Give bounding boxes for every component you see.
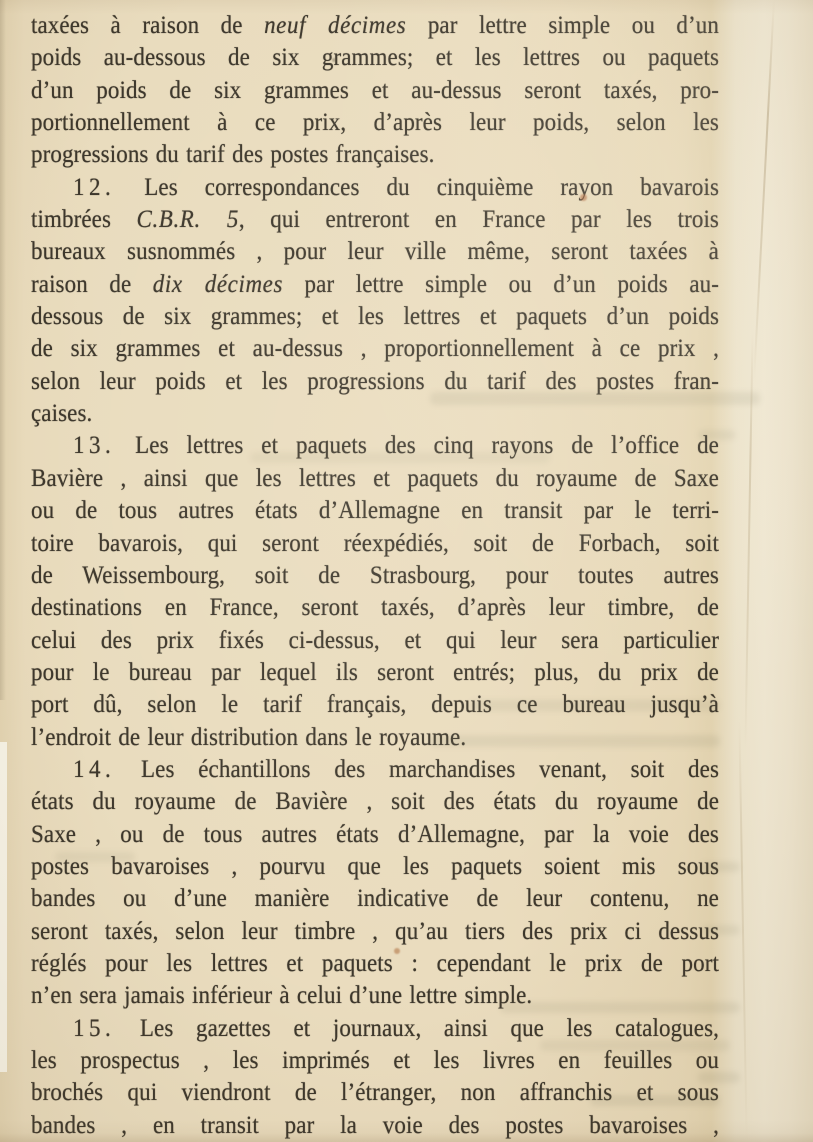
- text-line: selon leur poids et les progressions du …: [31, 363, 719, 399]
- text-segment: l’endroit de leur distribution dans le r…: [31, 722, 466, 750]
- paragraph: 12. Les correspondances du cinquième ray…: [31, 171, 719, 430]
- text-line: taxées à raison de neuf décimes par lett…: [31, 7, 719, 43]
- text-line: de six grammes et au-dessus , proportion…: [31, 330, 719, 366]
- text-line: de Weissembourg, soit de Strasbourg, pou…: [31, 557, 719, 593]
- text-segment: selon leur poids et les progressions du …: [31, 366, 719, 394]
- text-segment: Les échantillons des marchandises venant…: [117, 754, 719, 782]
- text-segment: pour le bureau par lequel ils seront ent…: [31, 657, 719, 685]
- paragraph-number: 13.: [73, 431, 115, 459]
- text-segment: Les correspondances du cinquième rayon b…: [117, 172, 719, 200]
- text-segment: ou de tous autres états d’Allemagne en t…: [31, 496, 719, 524]
- text-line: raison de dix décimes par lettre simple …: [31, 266, 719, 302]
- text-line: 14. Les échantillons des marchandises ve…: [31, 751, 719, 787]
- text-line: çaises.: [31, 395, 719, 431]
- italic-text: neuf décimes: [264, 10, 406, 38]
- text-segment: dessous de six grammes; et les lettres e…: [31, 302, 719, 330]
- page-edge-shadow-left: [0, 0, 6, 700]
- text-line: Saxe , ou de tous autres états d’Allemag…: [31, 816, 719, 852]
- text-segment: poids au-dessous de six grammes; et les …: [31, 43, 719, 71]
- text-line: d’un poids de six grammes et au-dessus s…: [31, 72, 719, 108]
- paragraph-number: 12.: [73, 172, 115, 200]
- text-line: réglés pour les lettres et paquets : cep…: [31, 945, 719, 981]
- text-line: n’en sera jamais inférieur à celui d’une…: [31, 977, 719, 1013]
- text-line: timbrées C.B.R. 5, qui entreront en Fran…: [31, 201, 719, 237]
- text-segment: bureaux susnommés , pour leur ville même…: [31, 237, 719, 265]
- text-line: brochés qui viendront de l’étranger, non…: [31, 1074, 719, 1110]
- page-edge-white-left: [0, 742, 7, 1072]
- text-segment: de six grammes et au-dessus , proportion…: [31, 334, 719, 362]
- text-segment: d’un poids de six grammes et au-dessus s…: [31, 75, 719, 103]
- text-segment: de Weissembourg, soit de Strasbourg, pou…: [31, 560, 719, 588]
- text-segment: celui des prix fixés ci-dessus, et qui l…: [31, 625, 719, 653]
- text-segment: portionnellement à ce prix, d’après leur…: [31, 107, 719, 135]
- text-segment: états du royaume de Bavière , soit des é…: [31, 787, 719, 815]
- text-block: taxées à raison de neuf décimes par lett…: [31, 9, 719, 1141]
- text-segment: les prospectus , les imprimés et les liv…: [31, 1045, 719, 1073]
- paragraph-number: 15.: [73, 1013, 115, 1041]
- paragraph: 13. Les lettres et paquets des cinq rayo…: [31, 429, 719, 752]
- text-line: bandes ou d’une manière indicative de le…: [31, 880, 719, 916]
- text-line: destinations en France, seront taxés, d’…: [31, 589, 719, 625]
- text-line: l’endroit de leur distribution dans le r…: [31, 719, 719, 755]
- paper-crease: [753, 0, 775, 380]
- text-segment: n’en sera jamais inférieur à celui d’une…: [31, 981, 532, 1009]
- text-segment: par lettre simple ou d’un poids au-: [283, 269, 719, 297]
- text-line: ou de tous autres états d’Allemagne en t…: [31, 492, 719, 528]
- text-segment: bandes , en transit par la voie des post…: [31, 1110, 719, 1138]
- text-segment: progressions du tarif des postes françai…: [31, 140, 434, 168]
- text-line: dessous de six grammes; et les lettres e…: [31, 298, 719, 334]
- text-line: les prospectus , les imprimés et les liv…: [31, 1042, 719, 1078]
- text-segment: Les lettres et paquets des cinq rayons d…: [117, 431, 719, 459]
- text-line: 15. Les gazettes et journaux, ainsi que …: [31, 1010, 719, 1046]
- text-line: toire bavarois, qui seront réexpédiés, s…: [31, 525, 719, 561]
- text-line: progressions du tarif des postes françai…: [31, 136, 719, 172]
- text-line: poids au-dessous de six grammes; et les …: [31, 39, 719, 75]
- text-line: bureaux susnommés , pour leur ville même…: [31, 233, 719, 269]
- paragraph: 14. Les échantillons des marchandises ve…: [31, 753, 719, 1012]
- text-segment: toire bavarois, qui seront réexpédiés, s…: [31, 528, 719, 556]
- text-line: Bavière , ainsi que les lettres et paque…: [31, 460, 719, 496]
- text-segment: raison de: [31, 269, 153, 297]
- scanned-book-page: taxées à raison de neuf décimes par lett…: [0, 0, 813, 1142]
- text-line: seront taxés, selon leur timbre , qu’au …: [31, 913, 719, 949]
- text-line: 13. Les lettres et paquets des cinq rayo…: [31, 428, 719, 464]
- text-segment: seront taxés, selon leur timbre , qu’au …: [31, 916, 719, 944]
- text-line: postes bavaroises , pourvu que les paque…: [31, 848, 719, 884]
- paragraph: 15. Les gazettes et journaux, ainsi que …: [31, 1012, 719, 1141]
- text-segment: Bavière , ainsi que les lettres et paque…: [31, 463, 719, 491]
- text-segment: réglés pour les lettres et paquets : cep…: [31, 948, 719, 976]
- text-segment: destinations en France, seront taxés, d’…: [31, 593, 719, 621]
- text-segment: çaises.: [31, 399, 92, 427]
- text-line: pour le bureau par lequel ils seront ent…: [31, 654, 719, 690]
- text-segment: Saxe , ou de tous autres états d’Allemag…: [31, 819, 719, 847]
- italic-text: C.B.R. 5: [137, 204, 239, 232]
- text-segment: brochés qui viendront de l’étranger, non…: [31, 1078, 719, 1106]
- paper-crease: [738, 720, 747, 1142]
- text-segment: , qui entreront en France par les trois: [239, 204, 719, 232]
- text-line: celui des prix fixés ci-dessus, et qui l…: [31, 622, 719, 658]
- text-segment: port dû, selon le tarif français, depuis…: [31, 690, 719, 718]
- text-line: 12. Les correspondances du cinquième ray…: [31, 169, 719, 205]
- text-segment: par lettre simple ou d’un: [406, 10, 719, 38]
- paper-crease: [744, 330, 753, 750]
- paragraph: taxées à raison de neuf décimes par lett…: [31, 9, 719, 171]
- text-segment: postes bavaroises , pourvu que les paque…: [31, 851, 719, 879]
- text-segment: bandes ou d’une manière indicative de le…: [31, 884, 719, 912]
- text-line: bandes , en transit par la voie des post…: [31, 1107, 719, 1142]
- paragraph-number: 14.: [73, 754, 115, 782]
- text-segment: Les gazettes et journaux, ainsi que les …: [117, 1013, 719, 1041]
- text-line: états du royaume de Bavière , soit des é…: [31, 783, 719, 819]
- text-line: port dû, selon le tarif français, depuis…: [31, 686, 719, 722]
- text-line: portionnellement à ce prix, d’après leur…: [31, 104, 719, 140]
- text-segment: timbrées: [31, 204, 137, 232]
- text-segment: taxées à raison de: [31, 10, 264, 38]
- italic-text: dix décimes: [153, 269, 283, 297]
